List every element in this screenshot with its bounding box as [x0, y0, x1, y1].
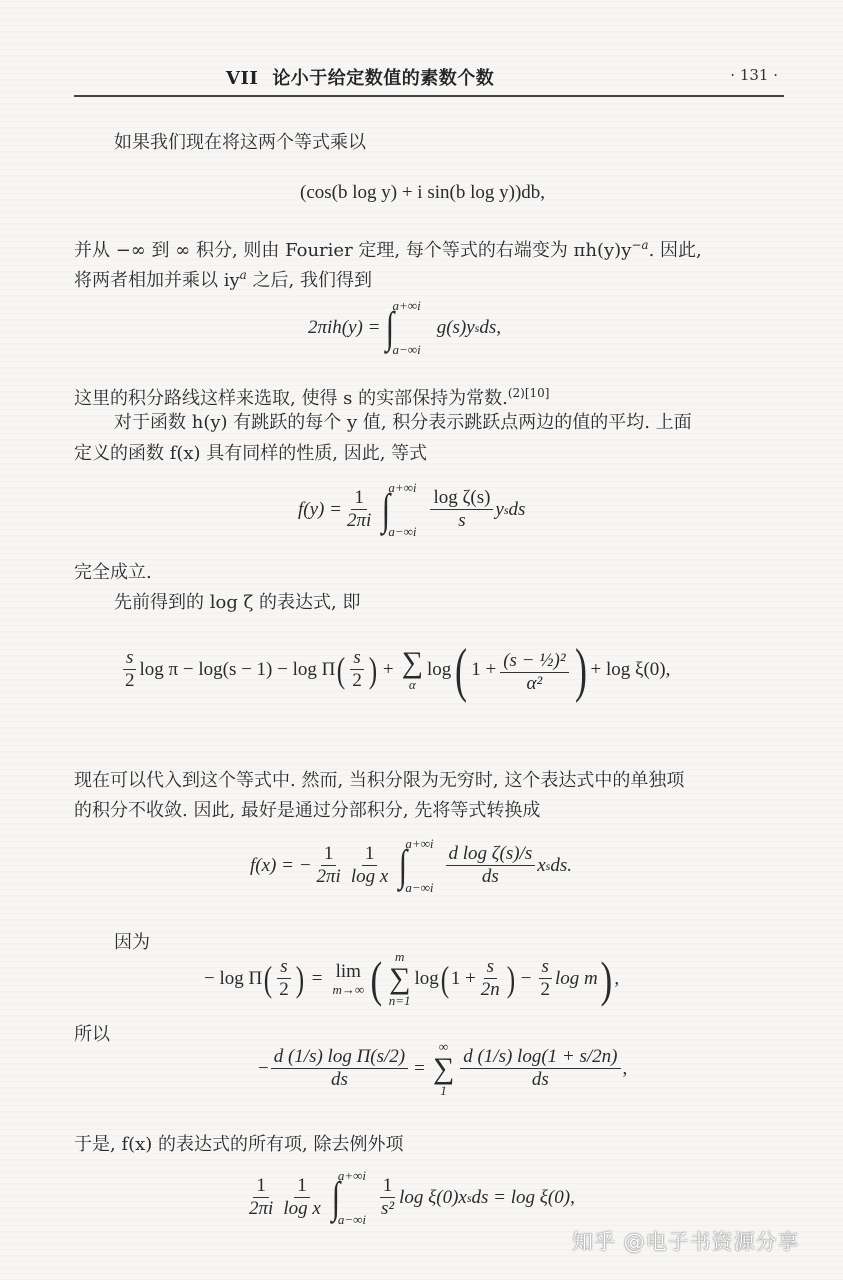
zhihu-watermark: 知乎 @电子书资源分享: [572, 1226, 800, 1256]
equation-5: f(x) = − 12πi 1log x ∫a+∞ia−∞i d log ζ(s…: [250, 836, 572, 896]
integral-sign: ∫a+∞ia−∞i: [330, 1168, 366, 1228]
book-page: VII论小于给定数值的素数个数 · 131 · 如果我们现在将这两个等式乘以 (…: [0, 0, 843, 1280]
chapter-title-text: 论小于给定数值的素数个数: [272, 68, 494, 89]
chapter-title: VII论小于给定数值的素数个数: [226, 64, 494, 90]
integral-sign: ∫a+∞ia−∞i: [380, 480, 416, 540]
paragraph-3: 这里的积分路线这样来选取, 使得 s 的实部保持为常数.(2)[10]: [74, 380, 549, 412]
page-number: · 131 ·: [730, 66, 778, 84]
integral-sign: ∫a+∞ia−∞i: [384, 298, 420, 358]
integral-sign: ∫a+∞ia−∞i: [397, 836, 433, 896]
paragraph-1: 如果我们现在将这两个等式乘以: [114, 130, 366, 156]
paragraph-7-line-1: 现在可以代入到这个等式中. 然而, 当积分限为无穷时, 这个表达式中的单独项: [74, 768, 684, 794]
equation-8: 12πi 1log x ∫a+∞ia−∞i 1s² log ξ(0)xsds =…: [244, 1168, 575, 1228]
paragraph-2-line-2: 将两者相加并乘以 iya 之后, 我们得到: [74, 262, 372, 294]
sum-operator: ∑α: [402, 648, 423, 692]
paragraph-5: 完全成立.: [74, 560, 152, 586]
paragraph-6: 先前得到的 log ζ 的表达式, 即: [114, 590, 360, 616]
paragraph-2-line-1: 并从 −∞ 到 ∞ 积分, 则由 Fourier 定理, 每个等式的右端变为 π…: [74, 232, 702, 264]
running-header: VII论小于给定数值的素数个数 · 131 ·: [74, 62, 784, 96]
equation-3: f(y) = 12πi ∫a+∞ia−∞i log ζ(s)s ysds: [298, 480, 525, 540]
equation-7: − d (1/s) log Π(s/2)ds = ∞∑1 d (1/s) log…: [258, 1040, 627, 1099]
equation-2: 2πih(y) = ∫a+∞ia−∞i g(s)ysds,: [308, 298, 501, 358]
equation-1: (cos(b log y) + i sin(b log y))db,: [300, 182, 545, 204]
equation-6: − log Π (s2) = limm→∞ ( m∑n=1 log (1 +s2…: [204, 950, 619, 1009]
paragraph-7-line-2: 的积分不收敛. 因此, 最好是通过分部积分, 先将等式转换成: [74, 798, 540, 824]
equation-4: s2 log π − log(s − 1) − log Π (s2) + ∑α …: [120, 640, 670, 700]
header-rule: [74, 95, 784, 97]
paragraph-4-line-1: 对于函数 h(y) 有跳跃的每个 y 值, 积分表示跳跃点两边的值的平均. 上面: [114, 410, 692, 436]
paragraph-10: 于是, f(x) 的表达式的所有项, 除去例外项: [74, 1132, 403, 1158]
reference-marks: (2)[10]: [508, 386, 550, 400]
paragraph-4-line-2: 定义的函数 f(x) 具有同样的性质, 因此, 等式: [74, 441, 427, 467]
paragraph-8: 因为: [114, 930, 150, 956]
chapter-numeral: VII: [226, 68, 258, 89]
paragraph-9: 所以: [74, 1022, 110, 1048]
